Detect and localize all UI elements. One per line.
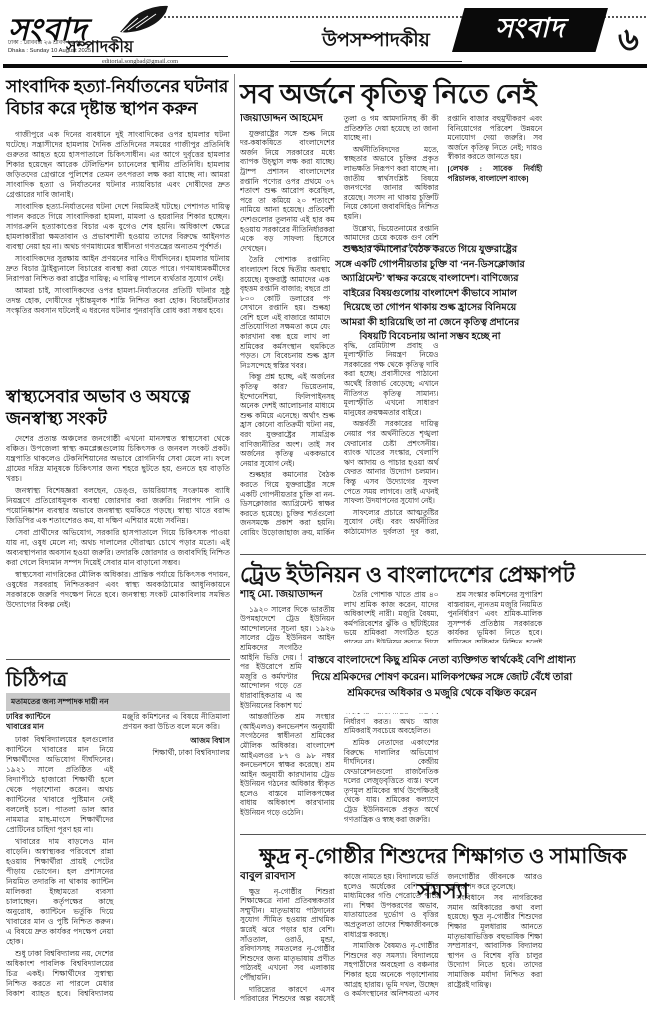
paragraph: সেবা প্রার্থীদের অভিযোগ, সরকারি হাসপাতাল… xyxy=(6,528,230,568)
tribal-article-byline: বাবুল রবিদাস xyxy=(240,872,335,882)
main-article-attribution: [লেখক : সাবেক নির্বাহী পরিচালক, বাংলাদেশ… xyxy=(448,164,543,183)
paragraph: অর্থনীতিবিদদের মতে, স্বচ্ছতার অভাবে চুক্… xyxy=(344,145,439,222)
paragraph: স্বাস্থ্যসেবা নাগরিকের মৌলিক অধিকার। প্র… xyxy=(6,570,230,610)
editorial-2-body: দেশের প্রত্যন্ত অঞ্চলের জনগোষ্ঠী এখনো মা… xyxy=(6,434,230,652)
paragraph: শ্রমিক নেতাদের একাংশের বিরুদ্ধে দালালির … xyxy=(344,738,439,824)
paragraph: সাংবাদিক হত্যা-নির্যাতনের ঘটনা দেশে নিয়… xyxy=(6,202,230,252)
paragraph: অন্তর্বর্তী সরকারের দায়িত্ব নেয়ার পর অ… xyxy=(344,419,439,505)
paragraph: জনস্বাস্থ্য বিশেষজ্ঞরা বলছেন, ডেঙ্গু, ডা… xyxy=(6,486,230,526)
editorial-article-2: স্বাস্থ্যসেবার অভাব ও অযত্নে জনস্বাস্থ্য… xyxy=(6,386,230,430)
editorial-article-1: সাংবাদিক হত্যা-নির্যাতনের ঘটনার বিচার কর… xyxy=(6,76,230,120)
brand-box-text: সংবাদ xyxy=(495,8,565,53)
letter-title: ঢাবির ক্যান্টিনে খাবারের মান xyxy=(6,712,114,732)
quill-icon xyxy=(118,4,170,34)
paragraph: দেশের প্রত্যন্ত অঞ্চলের জনগোষ্ঠী এখনো মা… xyxy=(6,434,230,484)
editorial-underline xyxy=(52,56,228,57)
paragraph: যুক্তরাষ্ট্রের সঙ্গে শুল্ক নিয়ে দর-কষাক… xyxy=(240,129,335,254)
main-article-pullquote: শুল্কহার কমানোর বৈঠক করতে গিয়ে যুক্তরাষ… xyxy=(330,248,530,340)
union-top-rule xyxy=(240,554,646,555)
main-article-byline: জিয়াউদ্দিন আহমেদ xyxy=(240,114,335,124)
paragraph: ক্ষুদ্র নৃ-গোষ্ঠীর শিশুরা শিক্ষাক্ষেত্রে… xyxy=(240,887,335,983)
letters-disclaimer-bar: মতামতের জন্য সম্পাদক দায়ী নন xyxy=(6,693,230,711)
editorial-1-title: সাংবাদিক হত্যা-নির্যাতনের ঘটনার বিচার কর… xyxy=(6,76,230,120)
main-article-title: সব অর্জনে কৃতিত্ব নিতে নেই xyxy=(240,74,646,119)
paragraph: গাজীপুরে এক দিনের ব্যবধানে দুই সাংবাদিকে… xyxy=(6,130,230,200)
editorial-2-title: স্বাস্থ্যসেবার অভাব ও অযত্নে জনস্বাস্থ্য… xyxy=(6,386,230,430)
header-rule xyxy=(3,64,647,68)
union-article-byline: শাহ্ মো. জিয়াউদ্দিন xyxy=(240,590,335,600)
page-number: ৬ xyxy=(618,14,639,68)
paragraph: সাংবাদিকদের সুরক্ষায় আইন প্রণয়নের দাবি… xyxy=(6,254,230,284)
union-article-pullquote: বাস্তবে বাংলাদেশে কিছু শ্রমিক নেতা ব্যক্… xyxy=(302,643,582,713)
letters-top-rule xyxy=(6,659,230,660)
paragraph: আমরা চাই, সাংবাদিকদের ওপর হামলা-নির্যাতন… xyxy=(6,286,230,316)
brand-box: সংবাদ xyxy=(452,8,608,52)
letters-body: ঢাবির ক্যান্টিনে খাবারের মান ঢাকা বিশ্বব… xyxy=(6,712,230,1004)
tribal-top-rule xyxy=(240,834,646,835)
paragraph: কিন্তু প্রশ্ন হচ্ছে, এই অর্জনের কৃতিত্ব … xyxy=(240,372,335,468)
paragraph: ঢাকা বিশ্ববিদ্যালয়ের হলগুলোর ক্যান্টিনে… xyxy=(6,735,114,835)
column-divider xyxy=(234,74,235,1000)
tribal-article-body: বাবুল রবিদাস ক্ষুদ্র নৃ-গোষ্ঠীর শিশুরা শ… xyxy=(240,872,646,1004)
paragraph: তৈরি পোশাক রপ্তানিতে বাংলাদেশ বিশ্বে দ্ব… xyxy=(240,255,335,370)
editorial-1-body: গাজীপুরে এক দিনের ব্যবধানে দুই সাংবাদিকে… xyxy=(6,130,230,380)
section-label-op-ed: উপসম্পাদকীয় xyxy=(290,26,462,62)
paragraph: সংবিধানে সব নাগরিকের সমান অধিকারের কথা ব… xyxy=(448,893,543,989)
paragraph: আন্তর্জাতিক শ্রম সংস্থার (আইএলও) কনভেনশন… xyxy=(240,712,335,818)
paragraph: খাবারের দাম বাড়লেও মান বাড়েনি। অস্বাস্… xyxy=(6,837,114,947)
letter-signature-name: আজম বিশ্বাস xyxy=(123,736,231,746)
letter-signature-role: শিক্ষার্থী, ঢাকা বিশ্ববিদ্যালয় xyxy=(123,748,231,758)
